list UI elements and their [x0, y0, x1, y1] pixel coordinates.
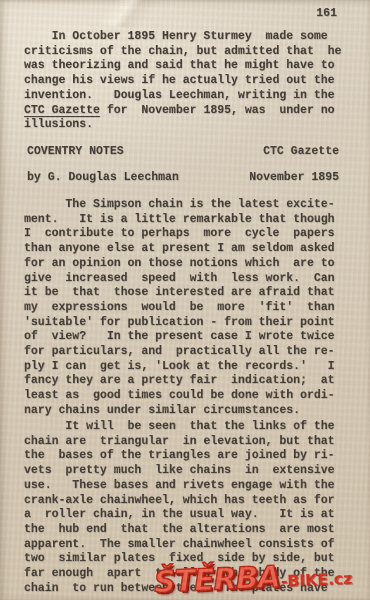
- article-date: November 1895: [249, 171, 339, 186]
- page-number: 161: [316, 7, 337, 22]
- article-byline: by G. Douglas Leechman: [27, 171, 179, 186]
- watermark-suffix: -BIKE.cz: [280, 569, 352, 591]
- body-paragraph-simpson-chain: The Simpson chain is the latest excite- …: [24, 198, 350, 419]
- article-header-row: COVENTRY NOTES CTC Gazette: [27, 145, 339, 160]
- ctc-gazette-underlined: CTC Gazette: [24, 104, 100, 117]
- article-source: CTC Gazette: [263, 145, 339, 160]
- article-byline-row: by G. Douglas Leechman November 1895: [27, 171, 339, 186]
- scanned-document-page: 161 In October 1895 Henry Sturmey made s…: [0, 0, 370, 600]
- intro-paragraph: In October 1895 Henry Sturmey made some …: [24, 30, 350, 133]
- article-title: COVENTRY NOTES: [27, 145, 124, 160]
- intro-text-before: In October 1895 Henry Sturmey made some …: [24, 30, 341, 102]
- watermark-brand: ŠTĚRBA: [153, 563, 280, 598]
